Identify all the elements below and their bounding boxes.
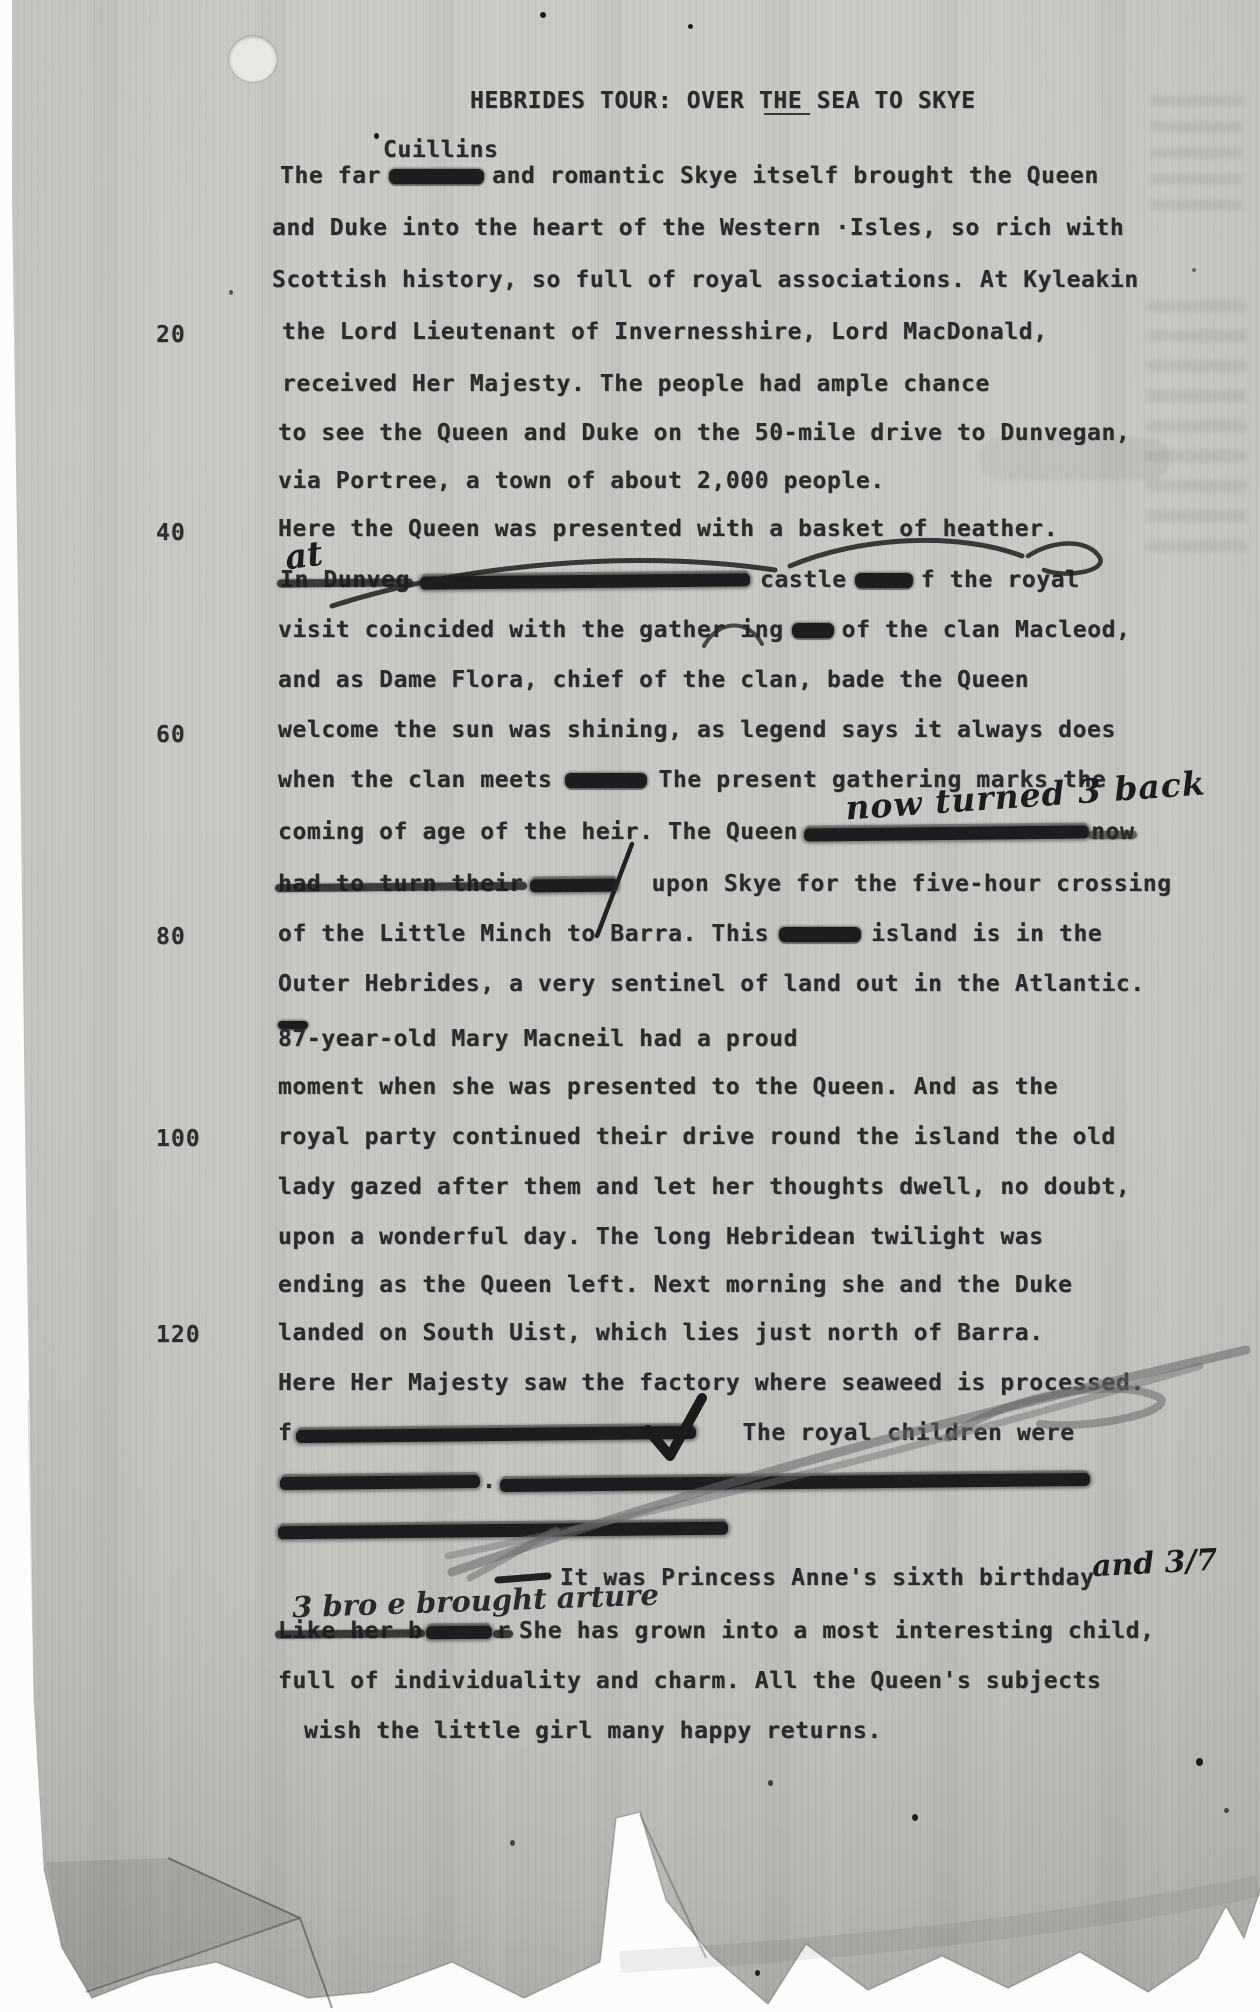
margin-number: 60: [156, 722, 186, 748]
typed-line-edited: In Dunvegcastlef the royal: [280, 567, 1080, 593]
handwritten-edit-now-turned: now turned 3 back: [844, 763, 1207, 827]
scanned-typescript-page: HEBRIDES TOUR: OVER THE SEA TO SKYE Cuil…: [0, 0, 1260, 2012]
typed-line: to see the Queen and Duke on the 50-mile…: [278, 420, 1130, 446]
inserted-word: Cuillins: [383, 137, 499, 163]
typed-line-edited: Like her brShe has grown into a most int…: [278, 1618, 1155, 1644]
bleed-through-smudge: [1146, 300, 1246, 560]
deleted-line: [278, 1516, 728, 1542]
paper-sheet: HEBRIDES TOUR: OVER THE SEA TO SKYE Cuil…: [0, 0, 1260, 2012]
ink-blot: [389, 169, 484, 184]
strikethrough-blot: [278, 1522, 728, 1540]
paper-speck: [1196, 1758, 1203, 1766]
typed-line: the Lord Lieutenant of Invernesshire, Lo…: [282, 319, 1048, 345]
typed-line-edited: fThe royal children were: [278, 1420, 1075, 1446]
strikethrough-blot: [420, 573, 750, 589]
bleed-through-smudge: [980, 438, 1170, 480]
paper-speck: [755, 1970, 760, 1976]
strikethrough-blot: [280, 1475, 480, 1490]
typed-line: royal party continued their drive round …: [278, 1124, 1116, 1150]
typed-insertion: Cuillins: [383, 137, 499, 163]
typed-line: received Her Majesty. The people had amp…: [282, 371, 990, 397]
ink-blot: [565, 773, 647, 788]
strikethrough-blot: [530, 879, 618, 893]
margin-number: 40: [156, 520, 186, 546]
typed-line: The farand romantic Skye itself brought …: [280, 163, 1099, 189]
typed-line: and as Dame Flora, chief of the clan, ba…: [278, 667, 1029, 693]
strikethrough-blot: [804, 826, 1089, 842]
handwritten-insertion-at: at: [282, 534, 325, 579]
ink-blot: [855, 573, 913, 588]
strikethrough-blot: [296, 1426, 696, 1443]
paper-speck: [374, 133, 379, 139]
typed-line: Here the Queen was presented with a bask…: [278, 516, 1058, 542]
paper-speck: [768, 1780, 773, 1786]
paper-speck: [510, 1840, 515, 1846]
paper-speck: [912, 1814, 918, 1821]
typed-line: ending as the Queen left. Next morning s…: [278, 1272, 1073, 1298]
typed-line: Outer Hebrides, a very sentinel of land …: [278, 971, 1145, 997]
title-underline-mark: [764, 113, 810, 115]
handwritten-note-birthday: and 3/7: [1091, 1543, 1218, 1585]
page-title-text: HEBRIDES TOUR: OVER THE SEA TO SKYE: [470, 88, 976, 114]
margin-number: 20: [156, 322, 186, 348]
strikethrough-blot: [426, 1626, 492, 1640]
typed-line: and Duke into the heart of the Western ·…: [272, 215, 1124, 241]
typed-line: full of individuality and charm. All the…: [278, 1668, 1102, 1694]
typed-line: welcome the sun was shining, as legend s…: [278, 717, 1116, 743]
stray-mark-line: [278, 1008, 308, 1034]
typed-line: moment when she was presented to the Que…: [278, 1074, 1058, 1100]
handwritten-note-brought: 3 bro e brought arture: [292, 1578, 660, 1625]
paper-speck: [1192, 268, 1196, 272]
typed-line-edited: coming of age of the heir. The Queennow: [278, 819, 1134, 845]
typed-line-edited: visit coincided with the gather ingof th…: [278, 617, 1131, 643]
typed-line: Here Her Majesty saw the factory where s…: [278, 1370, 1145, 1396]
strikethrough-blot: [500, 1473, 1090, 1492]
typed-line-edited: of the Little Minch to Barra. Thisisland…: [278, 921, 1102, 947]
ink-blot: [779, 927, 861, 942]
typed-line: upon a wonderful day. The long Hebridean…: [278, 1224, 1044, 1250]
typed-line: Scottish history, so full of royal assoc…: [272, 267, 1139, 293]
margin-number: 80: [156, 924, 186, 950]
page-title: HEBRIDES TOUR: OVER THE SEA TO SKYE: [470, 88, 976, 114]
paper-speck: [688, 24, 693, 29]
paper-speck: [1224, 1808, 1229, 1813]
paper-speck: [540, 12, 546, 18]
margin-number: 120: [156, 1322, 201, 1348]
typed-line: lady gazed after them and let her though…: [278, 1174, 1130, 1200]
paper-speck: [229, 290, 233, 295]
typed-line: 87-year-old Mary Macneil had a proud: [278, 1026, 798, 1052]
typed-line: It was Princess Anne's sixth birthday: [560, 1565, 1095, 1591]
punch-hole: [229, 36, 277, 82]
ink-blot: [278, 1021, 308, 1029]
typed-line: landed on South Uist, which lies just no…: [278, 1320, 1044, 1346]
typed-line-edited: had to turn theirupon Skye for the five-…: [278, 871, 1172, 897]
ink-blot: [792, 623, 834, 638]
typed-line: via Portree, a town of about 2,000 peopl…: [278, 468, 885, 494]
typed-line-edited: when the clan meetsThe present gathering…: [278, 767, 1106, 793]
margin-number: 100: [156, 1126, 201, 1152]
deleted-line: .: [278, 1468, 1094, 1494]
bleed-through-smudge: [1150, 96, 1242, 216]
typed-line: wish the little girl many happy returns.: [304, 1718, 882, 1744]
